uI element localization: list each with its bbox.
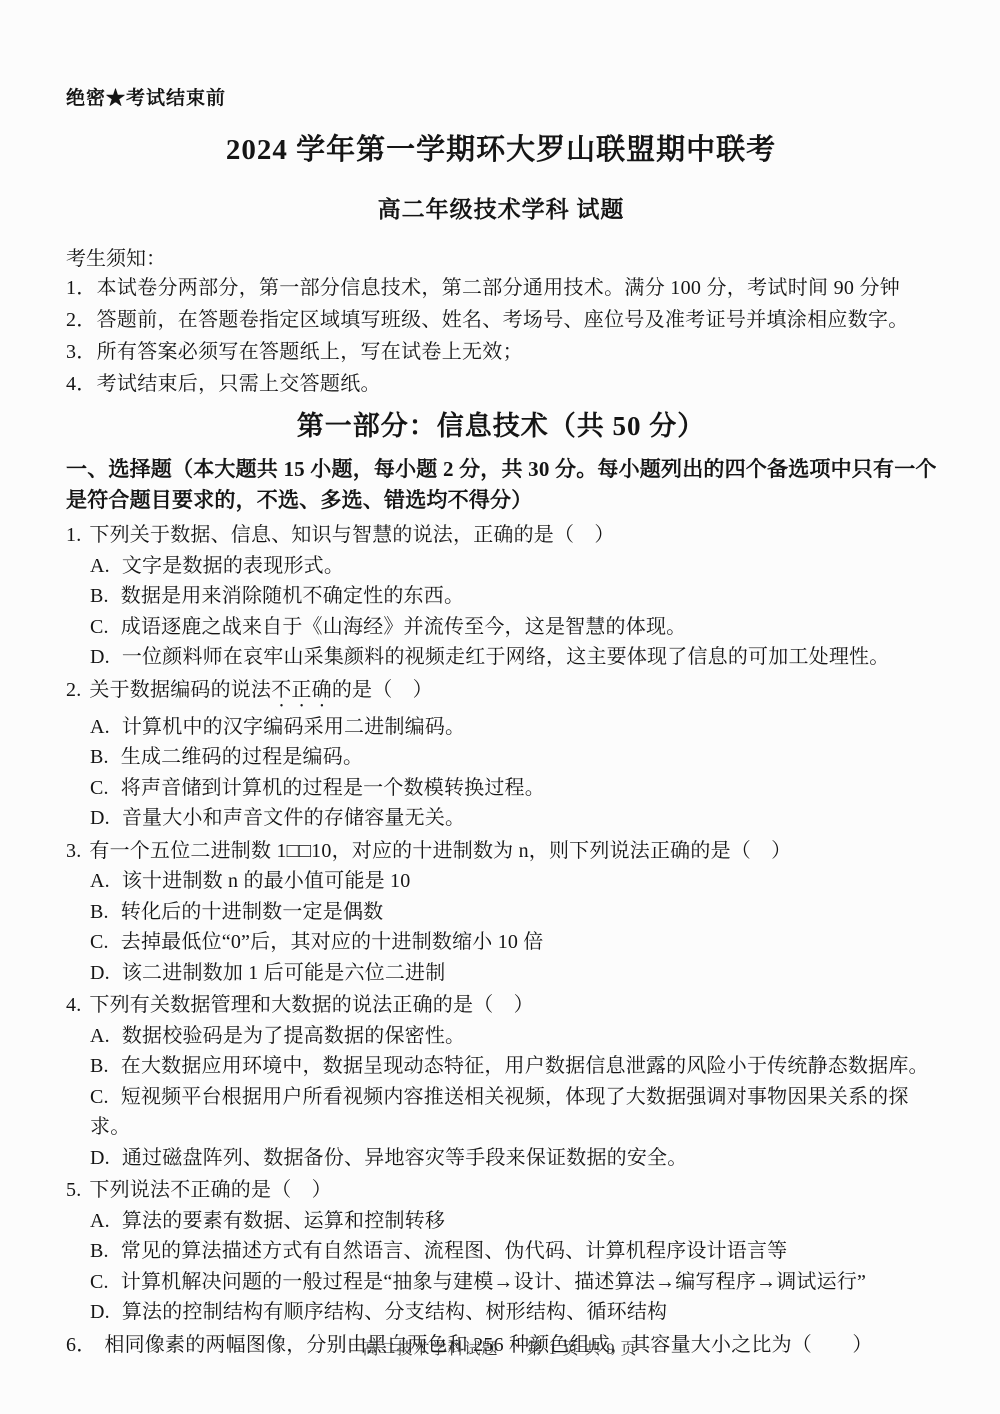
question-2-number: 2. [66, 679, 81, 701]
question-5-option-A-text: 算法的要素有数据、运算和控制转移 [122, 1210, 445, 1232]
question-5-stem-text: 下列说法不正确的是（ ） [89, 1179, 331, 1201]
question-3-stem-text: 有一个五位二进制数 1□□10，对应的十进制数为 n，则下列说法正确的是（ ） [89, 840, 791, 862]
question-3-option-C-label: C. [90, 931, 109, 953]
question-2-option-B: B.生成二维码的过程是编码。 [66, 742, 936, 773]
question-3-option-D-text: 该二进制数加 1 后可能是六位二进制 [122, 962, 446, 984]
question-4-option-B-text: 在大数据应用环境中，数据呈现动态特征，用户数据信息泄露的风险小于传统静态数据库。 [121, 1055, 929, 1077]
question-2-option-A-text: 计算机中的汉字编码采用二进制编码。 [122, 716, 465, 738]
question-2-stem: 2.关于数据编码的说法不正确的是（ ） [66, 675, 936, 712]
question-4-option-D-label: D. [90, 1147, 110, 1169]
question-1-option-B: B.数据是用来消除随机不确定性的东西。 [66, 581, 936, 612]
question-1-number: 1. [66, 524, 81, 546]
question-5-option-B-text: 常见的算法描述方式有自然语言、流程图、伪代码、计算机程序设计语言等 [121, 1240, 788, 1262]
question-3: 3.有一个五位二进制数 1□□10，对应的十进制数为 n，则下列说法正确的是（ … [66, 836, 936, 989]
question-2-stem-emphasis: 不正确 [271, 679, 332, 701]
question-4-option-A-label: A. [90, 1025, 110, 1047]
exam-subtitle: 高二年级技术学科 试题 [66, 195, 936, 224]
question-4-stem: 4.下列有关数据管理和大数据的说法正确的是（ ） [66, 990, 936, 1021]
section-title: 第一部分：信息技术（共 50 分） [66, 408, 936, 444]
question-4-option-D-text: 通过磁盘阵列、数据备份、异地容灾等手段来保证数据的安全。 [122, 1147, 688, 1169]
question-3-option-D: D.该二进制数加 1 后可能是六位二进制 [66, 958, 936, 989]
notice-item-4: 4．考试结束后，只需上交答题纸。 [66, 368, 936, 400]
page-footer: 高二技术学科试题第 1 页 共 9 页 [0, 1336, 1000, 1359]
question-5-option-B-label: B. [90, 1240, 109, 1262]
question-2-option-A: A.计算机中的汉字编码采用二进制编码。 [66, 712, 936, 743]
question-3-option-D-label: D. [90, 962, 110, 984]
question-3-option-B: B.转化后的十进制数一定是偶数 [66, 897, 936, 928]
question-3-stem: 3.有一个五位二进制数 1□□10，对应的十进制数为 n，则下列说法正确的是（ … [66, 836, 936, 867]
question-4-number: 4. [66, 994, 81, 1016]
question-5-option-A-label: A. [90, 1210, 110, 1232]
question-1-option-C-text: 成语逐鹿之战来自于《山海经》并流传至今，这是智慧的体现。 [121, 616, 687, 638]
footer-doc-label: 高二技术学科试题 [362, 1341, 498, 1358]
question-5-option-B: B.常见的算法描述方式有自然语言、流程图、伪代码、计算机程序设计语言等 [66, 1236, 936, 1267]
question-2: 2.关于数据编码的说法不正确的是（ ）A.计算机中的汉字编码采用二进制编码。B.… [66, 675, 936, 834]
question-1-option-D-text: 一位颜料师在哀牢山采集颜料的视频走红于网络，这主要体现了信息的可加工处理性。 [122, 646, 890, 668]
question-3-option-A-label: A. [90, 870, 110, 892]
question-4-option-D: D.通过磁盘阵列、数据备份、异地容灾等手段来保证数据的安全。 [66, 1143, 936, 1174]
question-3-number: 3. [66, 840, 81, 862]
question-5-option-C-text: 计算机解决问题的一般过程是“抽象与建模→设计、描述算法→编写程序→调试运行” [121, 1271, 866, 1293]
question-4-option-C-label: C. [90, 1086, 109, 1108]
question-4-option-B-label: B. [90, 1055, 109, 1077]
question-1-option-B-label: B. [90, 585, 109, 607]
question-1-option-C-label: C. [90, 616, 109, 638]
question-1-option-D-label: D. [90, 646, 110, 668]
question-2-stem-text: 关于数据编码的说法 [89, 679, 271, 701]
question-2-option-D-label: D. [90, 807, 110, 829]
question-5-option-D-text: 算法的控制结构有顺序结构、分支结构、树形结构、循环结构 [122, 1301, 667, 1323]
question-4-option-B: B.在大数据应用环境中，数据呈现动态特征，用户数据信息泄露的风险小于传统静态数据… [66, 1051, 936, 1082]
question-5-option-C: C.计算机解决问题的一般过程是“抽象与建模→设计、描述算法→编写程序→调试运行” [66, 1267, 936, 1298]
question-5-stem: 5.下列说法不正确的是（ ） [66, 1175, 936, 1206]
question-2-stem-text: 的是（ ） [332, 679, 433, 701]
question-1-option-B-text: 数据是用来消除随机不确定性的东西。 [121, 585, 464, 607]
question-1-option-A: A.文字是数据的表现形式。 [66, 551, 936, 582]
question-4: 4.下列有关数据管理和大数据的说法正确的是（ ）A.数据校验码是为了提高数据的保… [66, 990, 936, 1173]
question-2-option-B-text: 生成二维码的过程是编码。 [121, 746, 363, 768]
question-3-option-C-text: 去掉最低位“0”后，其对应的十进制数缩小 10 倍 [121, 931, 544, 953]
question-2-option-C: C.将声音储到计算机的过程是一个数模转换过程。 [66, 773, 936, 804]
question-4-option-C-text: 短视频平台根据用户所看视频内容推送相关视频，体现了大数据强调对事物因果关系的探求… [90, 1086, 909, 1139]
question-1-option-C: C.成语逐鹿之战来自于《山海经》并流传至今，这是智慧的体现。 [66, 612, 936, 643]
question-5-option-D-label: D. [90, 1301, 110, 1323]
notice-item-1: 1．本试卷分两部分，第一部分信息技术，第二部分通用技术。满分 100 分，考试时… [66, 272, 936, 304]
exam-page: 绝密★考试结束前 2024 学年第一学期环大罗山联盟期中联考 高二年级技术学科 … [0, 0, 1000, 1414]
question-1: 1.下列关于数据、信息、知识与智慧的说法，正确的是（ ）A.文字是数据的表现形式… [66, 520, 936, 673]
question-1-stem: 1.下列关于数据、信息、知识与智慧的说法，正确的是（ ） [66, 520, 936, 551]
question-1-option-A-label: A. [90, 555, 110, 577]
question-4-option-C: C.短视频平台根据用户所看视频内容推送相关视频，体现了大数据强调对事物因果关系的… [66, 1082, 936, 1143]
section-instructions: 一、选择题（本大题共 15 小题，每小题 2 分，共 30 分。每小题列出的四个… [66, 454, 938, 516]
question-4-option-A: A.数据校验码是为了提高数据的保密性。 [66, 1021, 936, 1052]
question-3-option-B-text: 转化后的十进制数一定是偶数 [121, 901, 384, 923]
question-4-stem-text: 下列有关数据管理和大数据的说法正确的是（ ） [89, 994, 533, 1016]
question-1-stem-text: 下列关于数据、信息、知识与智慧的说法，正确的是（ ） [89, 524, 614, 546]
notice-list: 1．本试卷分两部分，第一部分信息技术，第二部分通用技术。满分 100 分，考试时… [66, 272, 936, 400]
question-2-option-C-label: C. [90, 777, 109, 799]
question-5-option-C-label: C. [90, 1271, 109, 1293]
question-2-option-A-label: A. [90, 716, 110, 738]
notice-item-3: 3．所有答案必须写在答题纸上，写在试卷上无效； [66, 336, 936, 368]
question-2-option-B-label: B. [90, 746, 109, 768]
question-5-number: 5. [66, 1179, 81, 1201]
question-3-option-A-text: 该十进制数 n 的最小值可能是 10 [122, 870, 411, 892]
classification-label: 绝密★考试结束前 [66, 86, 936, 112]
question-2-option-D: D.音量大小和声音文件的存储容量无关。 [66, 803, 936, 834]
question-3-option-C: C.去掉最低位“0”后，其对应的十进制数缩小 10 倍 [66, 927, 936, 958]
notice-item-2: 2．答题前，在答题卷指定区域填写班级、姓名、考场号、座位号及准考证号并填涂相应数… [66, 304, 936, 336]
question-1-option-A-text: 文字是数据的表现形式。 [122, 555, 344, 577]
question-2-option-C-text: 将声音储到计算机的过程是一个数模转换过程。 [121, 777, 545, 799]
question-2-option-D-text: 音量大小和声音文件的存储容量无关。 [122, 807, 465, 829]
footer-page-indicator: 第 1 页 共 9 页 [527, 1341, 638, 1358]
question-3-option-B-label: B. [90, 901, 109, 923]
exam-content: 绝密★考试结束前 2024 学年第一学期环大罗山联盟期中联考 高二年级技术学科 … [0, 0, 1000, 1360]
questions-container: 1.下列关于数据、信息、知识与智慧的说法，正确的是（ ）A.文字是数据的表现形式… [66, 520, 936, 1360]
notice-heading: 考生须知： [66, 246, 936, 272]
question-1-option-D: D.一位颜料师在哀牢山采集颜料的视频走红于网络，这主要体现了信息的可加工处理性。 [66, 642, 936, 673]
question-5-option-D: D.算法的控制结构有顺序结构、分支结构、树形结构、循环结构 [66, 1297, 936, 1328]
question-3-option-A: A.该十进制数 n 的最小值可能是 10 [66, 866, 936, 897]
question-5-option-A: A.算法的要素有数据、运算和控制转移 [66, 1206, 936, 1237]
question-5: 5.下列说法不正确的是（ ）A.算法的要素有数据、运算和控制转移B.常见的算法描… [66, 1175, 936, 1328]
exam-title: 2024 学年第一学期环大罗山联盟期中联考 [66, 132, 936, 168]
question-4-option-A-text: 数据校验码是为了提高数据的保密性。 [122, 1025, 465, 1047]
